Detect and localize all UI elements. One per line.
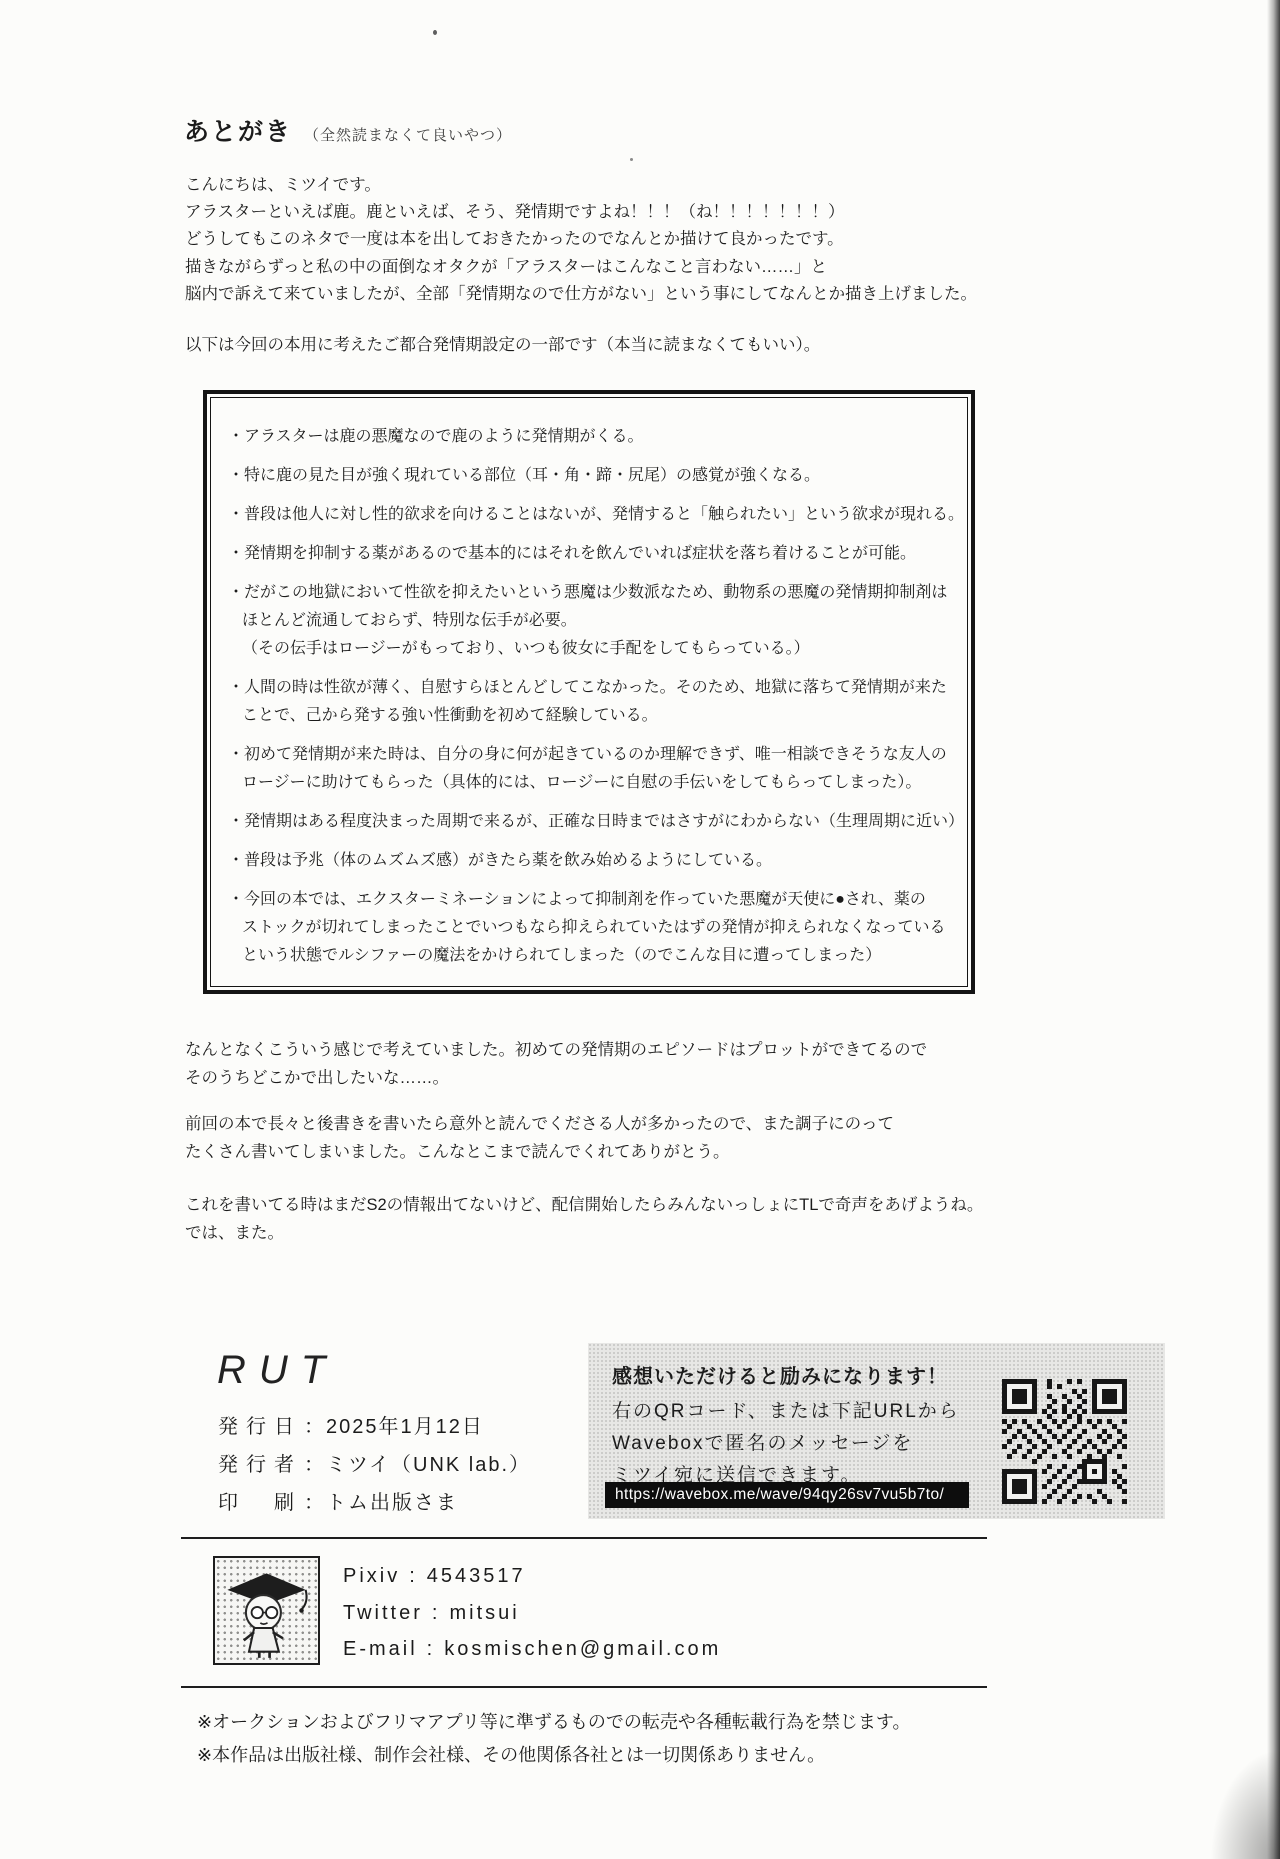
settings-box-inner: ・アラスターは鹿の悪魔なので鹿のように発情期がくる。 ・特に鹿の見た目が強く現れ… — [210, 397, 968, 987]
text-line: では、また。 — [185, 1220, 983, 1248]
setting-item: ・今回の本では、エクスターミネーションによって抑制剤を作っていた悪魔が天使に●さ… — [228, 886, 957, 970]
text-line: 描きながらずっと私の中の面倒なオタクが「アラスターはこんなこと言わない……」と — [185, 254, 977, 281]
qr-code-icon — [1002, 1379, 1127, 1504]
contact-row: Pixiv:4543517 — [343, 1565, 721, 1602]
contact-list: Pixiv:4543517 Twitter:mitsui E-mail:kosm… — [343, 1565, 721, 1675]
setting-item: ・アラスターは鹿の悪魔なので鹿のように発情期がくる。 — [228, 423, 957, 451]
colophon-value: 2025年1月12日 — [326, 1416, 484, 1438]
setting-item: ・人間の時は性欲が薄く、自慰すらほとんどしてこなかった。そのため、地獄に落ちて発… — [228, 674, 957, 730]
setting-item: ・普段は他人に対し性的欲求を向けることはないが、発情すると「触られたい」という欲… — [228, 501, 957, 529]
setting-item: ・初めて発情期が来た時は、自分の身に何が起きているのか理解できず、唯一相談できそ… — [228, 741, 957, 797]
outro-paragraph-1: なんとなくこういう感じで考えていました。初めての発情期のエピソードはプロットがで… — [185, 1037, 927, 1092]
text-line: アラスターといえば鹿。鹿といえば、そう、発情期ですよね！！！（ね！！！！！！！） — [185, 199, 977, 226]
contact-row: Twitter:mitsui — [343, 1602, 721, 1639]
contact-value: mitsui — [449, 1602, 519, 1624]
outro-paragraph-2: 前回の本で長々と後書きを書いたら意外と読んでくださる人が多かったので、また調子に… — [185, 1111, 894, 1166]
colophon-colon: ： — [304, 1492, 324, 1514]
setting-line: ・発情期を抑制する薬があるので基本的にはそれを飲んでいれば症状を落ち着けることが… — [228, 540, 957, 568]
artist-avatar-doodle-icon — [215, 1558, 318, 1663]
setting-item: ・特に鹿の見た目が強く現れている部位（耳・角・蹄・尻尾）の感覚が強くなる。 — [228, 462, 957, 490]
contact-separator: : — [409, 1565, 418, 1587]
colophon: 発行日：2025年1月12日 発行者：ミツイ（UNK lab.） 印 刷：トム出… — [218, 1410, 531, 1524]
setting-line: ・アラスターは鹿の悪魔なので鹿のように発情期がくる。 — [228, 423, 957, 451]
text-line: そのうちどこかで出したいな……。 — [185, 1065, 927, 1093]
footer-notes: ※オークションおよびフリマアプリ等に準ずるものでの転売や各種転載行為を禁じます。… — [197, 1706, 910, 1772]
contact-separator: : — [427, 1638, 436, 1660]
divider-rule-bottom — [181, 1686, 987, 1688]
text-line: たくさん書いてしまいました。こんなとこまで読んでくれてありがとう。 — [185, 1139, 894, 1167]
footer-note: ※オークションおよびフリマアプリ等に準ずるものでの転売や各種転載行為を禁じます。 — [197, 1706, 910, 1739]
colophon-label: 発行者 — [218, 1454, 302, 1476]
wavebox-url-bar: https://wavebox.me/wave/94qy26sv7vu5b7to… — [605, 1482, 969, 1508]
scan-edge-shadow — [1267, 0, 1280, 1859]
setting-line: ・普段は予兆（体のムズムズ感）がきたら薬を飲み始めるようにしている。 — [228, 847, 957, 875]
divider-rule-top — [181, 1537, 987, 1539]
setting-line: ほとんど流通しておらず、特別な伝手が必要。 — [228, 607, 957, 635]
page-title: あとがき — [184, 118, 292, 146]
text-line: これを書いてる時はまだS2の情報出てないけど、配信開始したらみんないっしょにTL… — [185, 1192, 983, 1220]
setting-item: ・発情期はある程度決まった周期で来るが、正確な日時まではさすがにわからない（生理… — [228, 808, 957, 836]
colophon-colon: ： — [304, 1416, 324, 1438]
colophon-label: 発行日 — [218, 1416, 302, 1438]
setting-line: という状態でルシファーの魔法をかけられてしまった（のでこんな目に遭ってしまった） — [228, 942, 957, 970]
setting-item: ・発情期を抑制する薬があるので基本的にはそれを飲んでいれば症状を落ち着けることが… — [228, 540, 957, 568]
intro-paragraph: こんにちは、ミツイです。 アラスターといえば鹿。鹿といえば、そう、発情期ですよね… — [185, 172, 977, 308]
setting-line: ・初めて発情期が来た時は、自分の身に何が起きているのか理解できず、唯一相談できそ… — [228, 741, 957, 769]
avatar-box — [213, 1556, 320, 1665]
setting-line: ことで、己から発する強い性衝動を初めて経験している。 — [228, 702, 957, 730]
setting-line: ストックが切れてしまったことでいつもなら抑えられていたはずの発情が抑えられなくな… — [228, 914, 957, 942]
colophon-row: 印 刷：トム出版さま — [218, 1486, 531, 1524]
afterword-page: あとがき（全然読まなくて良いやつ） こんにちは、ミツイです。 アラスターといえば… — [0, 0, 1280, 1859]
setting-line: ・発情期はある程度決まった周期で来るが、正確な日時まではさすがにわからない（生理… — [228, 808, 957, 836]
text-line: こんにちは、ミツイです。 — [185, 172, 977, 199]
colophon-value: トム出版さま — [326, 1492, 458, 1514]
setting-line: ・普段は他人に対し性的欲求を向けることはないが、発情すると「触られたい」という欲… — [228, 501, 957, 529]
contact-separator: : — [432, 1602, 441, 1624]
contact-label: E-mail — [343, 1638, 418, 1660]
contact-value: 4543517 — [427, 1565, 526, 1587]
contact-label: Pixiv — [343, 1565, 400, 1587]
contact-value: kosmischen@gmail.com — [444, 1638, 721, 1660]
footer-note: ※本作品は出版社様、制作会社様、その他関係各社とは一切関係ありません。 — [197, 1739, 910, 1772]
text-line: どうしてもこのネタで一度は本を出しておきたかったのでなんとか描けて良かったです。 — [185, 226, 977, 253]
setting-line: ・だがこの地獄において性欲を抑えたいという悪魔は少数派なため、動物系の悪魔の発情… — [228, 579, 957, 607]
scan-speck — [433, 30, 437, 35]
colophon-value: ミツイ（UNK lab.） — [326, 1454, 531, 1476]
colophon-label: 印 刷 — [218, 1492, 302, 1514]
settings-intro-line: 以下は今回の本用に考えたご都合発情期設定の一部です（本当に読まなくてもいい）。 — [185, 331, 820, 355]
page-title-note: （全然読まなくて良いやつ） — [304, 127, 512, 144]
colophon-colon: ： — [304, 1454, 324, 1476]
scan-speck — [630, 158, 633, 161]
contact-row: E-mail:kosmischen@gmail.com — [343, 1638, 721, 1675]
setting-line: ・人間の時は性欲が薄く、自慰すらほとんどしてこなかった。そのため、地獄に落ちて発… — [228, 674, 957, 702]
setting-item: ・だがこの地獄において性欲を抑えたいという悪魔は少数派なため、動物系の悪魔の発情… — [228, 579, 957, 663]
setting-line: ロージーに助けてもらった（具体的には、ロージーに自慰の手伝いをしてもらってしまっ… — [228, 769, 957, 797]
contact-label: Twitter — [343, 1602, 423, 1624]
setting-item: ・普段は予兆（体のムズムズ感）がきたら薬を飲み始めるようにしている。 — [228, 847, 957, 875]
scan-corner-shadow — [1210, 1749, 1280, 1859]
text-line: 脳内で訴えて来ていましたが、全部「発情期なので仕方がない」という事にしてなんとか… — [185, 281, 977, 308]
text-line: なんとなくこういう感じで考えていました。初めての発情期のエピソードはプロットがで… — [185, 1037, 927, 1065]
colophon-row: 発行者：ミツイ（UNK lab.） — [218, 1448, 531, 1486]
text-line: 前回の本で長々と後書きを書いたら意外と読んでくださる人が多かったので、また調子に… — [185, 1111, 894, 1139]
setting-line: ・特に鹿の見た目が強く現れている部位（耳・角・蹄・尻尾）の感覚が強くなる。 — [228, 462, 957, 490]
outro-paragraph-3: これを書いてる時はまだS2の情報出てないけど、配信開始したらみんないっしょにTL… — [185, 1192, 983, 1247]
setting-line: （その伝手はロージーがもっており、いつも彼女に手配をしてもらっている。） — [228, 635, 957, 663]
settings-box: ・アラスターは鹿の悪魔なので鹿のように発情期がくる。 ・特に鹿の見た目が強く現れ… — [203, 390, 975, 994]
feedback-box: 感想いただけると励みになります！ 右のQRコード、または下記URLから Wave… — [588, 1343, 1165, 1519]
setting-line: ・今回の本では、エクスターミネーションによって抑制剤を作っていた悪魔が天使に●さ… — [228, 886, 957, 914]
doujin-title: RUT — [217, 1348, 338, 1393]
colophon-row: 発行日：2025年1月12日 — [218, 1410, 531, 1448]
page-header: あとがき（全然読まなくて良いやつ） — [184, 112, 512, 148]
